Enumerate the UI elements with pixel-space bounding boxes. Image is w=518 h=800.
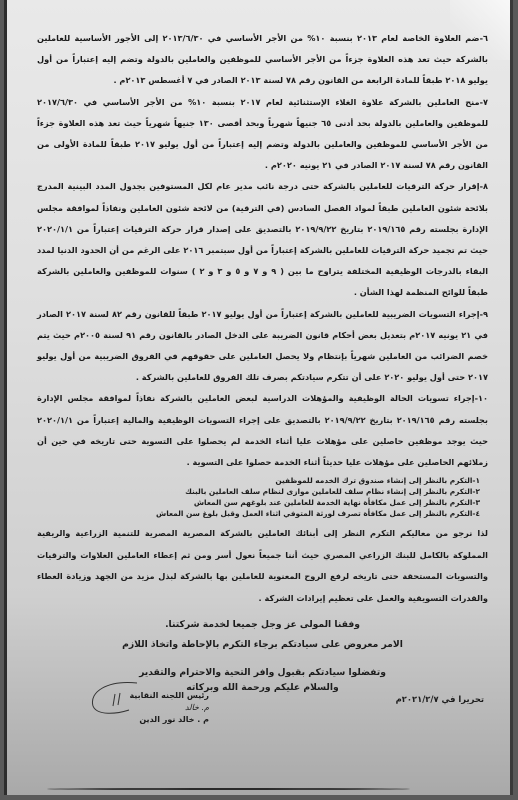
salutation-line: وتفضلوا سيادتكم بقبول وافر التحية والاحت…	[37, 665, 488, 680]
signature-area: تحريرا في ٢٠٢١/٢/٧م رئيس اللجنه النقابية…	[7, 690, 510, 750]
blessing-line: وفقنا المولى عز وجل جميعا لخدمة شركتنا.	[37, 615, 488, 635]
list-item: ٤-التكرم بالنظر إلى عمل مكافأة تصرف لورث…	[37, 508, 480, 519]
request-line: الامر معروض على سيادتكم برجاء التكرم بال…	[37, 635, 488, 655]
date-line: تحريرا في ٢٠٢١/٢/٧م	[396, 694, 484, 704]
list-item: ١-التكرم بالنظر إلى إنشاء صندوق ترك الخد…	[37, 475, 480, 486]
paragraph-item-9: ٩-إجراء التسويات الضريبية للعاملين بالشر…	[37, 304, 488, 389]
letter-body: ٦-ضم العلاوة الخاصة لعام ٢٠١٣ بنسبة ١٠% …	[37, 28, 488, 695]
list-item: ٣-التكرم بالنظر إلى عمل مكافأة نهاية الخ…	[37, 497, 480, 508]
list-item: ٢-التكرم بالنظر إلى إنشاء نظام سلف للعام…	[37, 486, 480, 497]
paragraph-item-10: ١٠-إجراء تسويات الحالة الوظيفية والمؤهلا…	[37, 388, 488, 473]
document-page: ٦-ضم العلاوة الخاصة لعام ٢٠١٣ بنسبة ١٠% …	[4, 0, 513, 795]
request-sub-list: ١-التكرم بالنظر إلى إنشاء صندوق ترك الخد…	[37, 475, 488, 519]
page-bottom-edge	[47, 788, 410, 790]
closing-paragraph: لذا نرجو من معاليكم التكرم النظر إلى أبن…	[37, 523, 488, 609]
signature-scribble-icon	[87, 680, 142, 720]
paragraph-item-8: ٨-إقرار حركة الترقيات للعاملين بالشركة ح…	[37, 176, 488, 303]
paragraph-item-7: ٧-منح العاملين بالشركة علاوة الغلاء الإس…	[37, 92, 488, 177]
closing-centered-block: وفقنا المولى عز وجل جميعا لخدمة شركتنا. …	[37, 615, 488, 655]
paragraph-item-6: ٦-ضم العلاوة الخاصة لعام ٢٠١٣ بنسبة ١٠% …	[37, 28, 488, 92]
